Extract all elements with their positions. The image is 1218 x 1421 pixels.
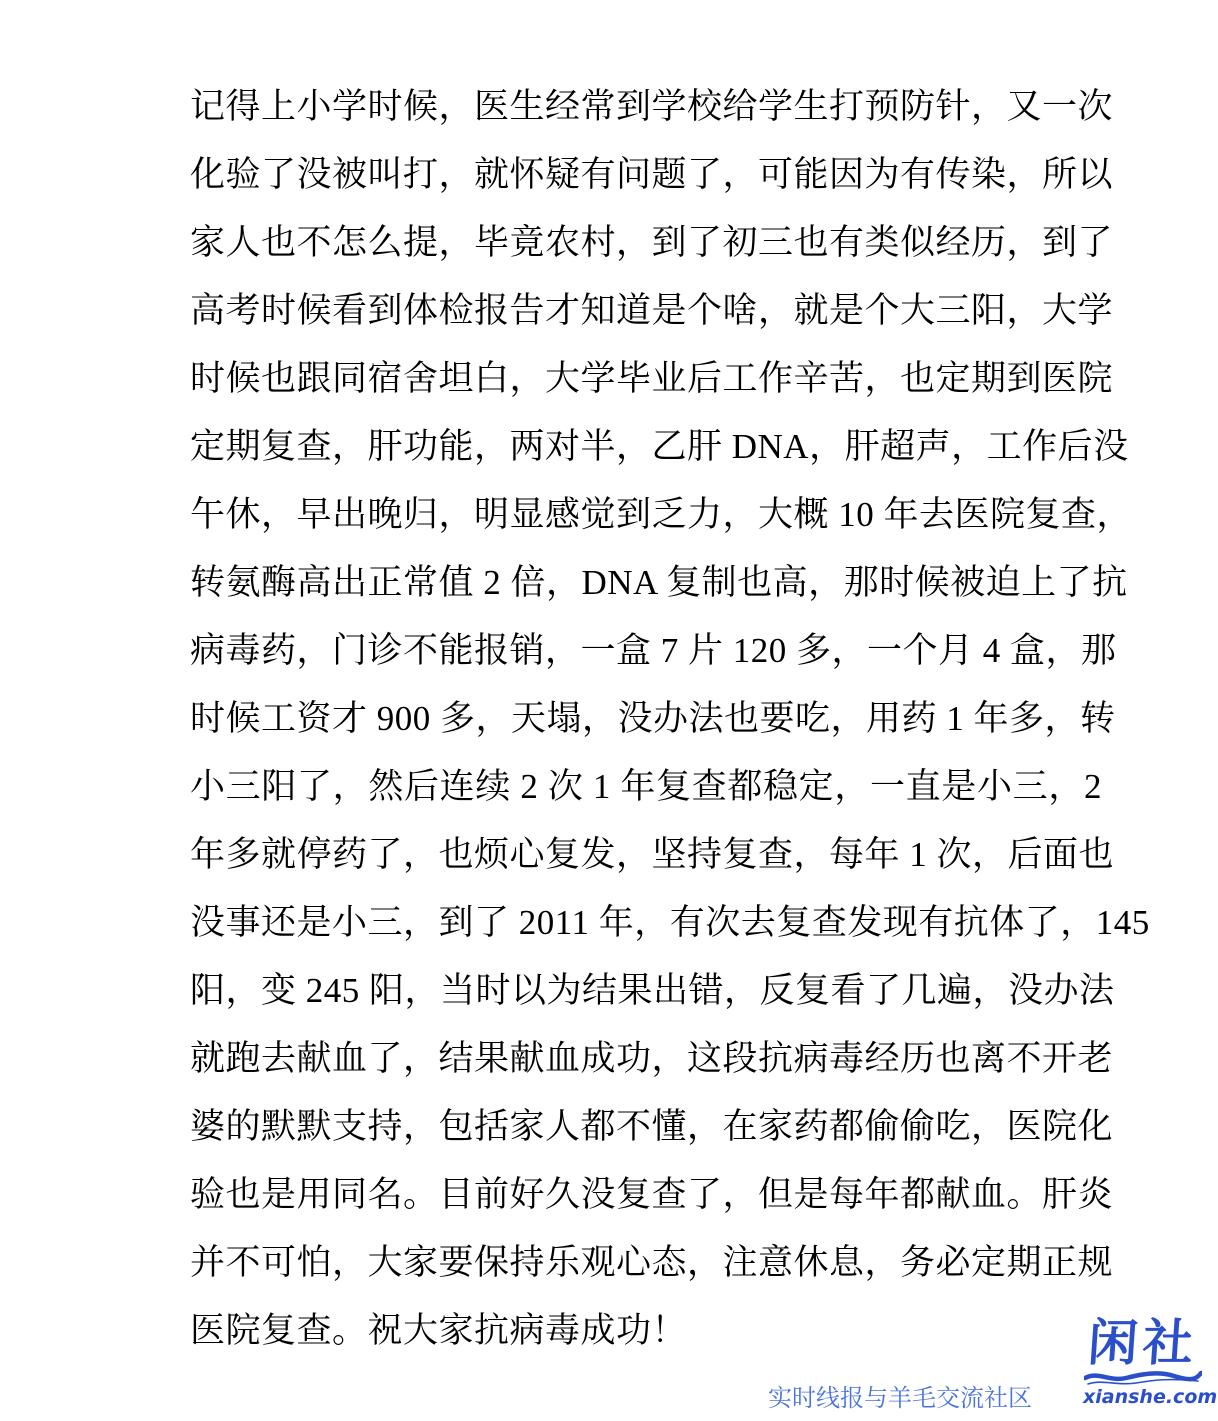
text-line: 阳，变 245 阳，当时以为结果出错，反复看了几遍，没办法 <box>190 957 1102 1025</box>
xianshe-logo: 闲社 xianshe.com <box>1083 1318 1203 1407</box>
text-line: 转氨酶高出正常值 2 倍，DNA 复制也高，那时候被迫上了抗 <box>190 549 1102 617</box>
document-page: 记得上小学时候，医生经常到学校给学生打预防针，又一次化验了没被叫打，就怀疑有问题… <box>0 0 1218 1421</box>
text-line: 高考时候看到体检报告才知道是个啥，就是个大三阳，大学 <box>190 277 1102 345</box>
text-line: 化验了没被叫打，就怀疑有问题了，可能因为有传染，所以 <box>190 141 1102 209</box>
text-line: 时候工资才 900 多，天塌，没办法也要吃，用药 1 年多，转 <box>190 685 1102 753</box>
text-line: 午休，早出晚归，明显感觉到乏力，大概 10 年去医院复查， <box>190 481 1102 549</box>
text-line: 时候也跟同宿舍坦白，大学毕业后工作辛苦，也定期到医院 <box>190 345 1102 413</box>
text-line: 没事还是小三，到了 2011 年，有次去复查发现有抗体了，145 <box>190 889 1102 957</box>
text-line: 医院复查。祝大家抗病毒成功！ <box>190 1297 1102 1365</box>
text-line: 定期复查，肝功能，两对半，乙肝 DNA，肝超声，工作后没 <box>190 413 1102 481</box>
text-line: 验也是用同名。目前好久没复查了，但是每年都献血。肝炎 <box>190 1161 1102 1229</box>
footer-tagline: 实时线报与羊毛交流社区 <box>768 1378 1032 1413</box>
logo-domain: xianshe.com <box>1083 1387 1203 1407</box>
logo-wordmark: 闲社 <box>1081 1318 1204 1368</box>
text-line: 并不可怕，大家要保持乐观心态，注意休息，务必定期正规 <box>190 1229 1102 1297</box>
text-line: 婆的默默支持，包括家人都不懂，在家药都偷偷吃，医院化 <box>190 1093 1102 1161</box>
text-line: 病毒药，门诊不能报销，一盒 7 片 120 多，一个月 4 盒，那 <box>190 617 1102 685</box>
text-line: 就跑去献血了，结果献血成功，这段抗病毒经历也离不开老 <box>190 1025 1102 1093</box>
text-line: 年多就停药了，也烦心复发，坚持复查，每年 1 次，后面也 <box>190 821 1102 889</box>
text-line: 小三阳了，然后连续 2 次 1 年复查都稳定，一直是小三，2 <box>190 753 1102 821</box>
text-line: 家人也不怎么提，毕竟农村，到了初三也有类似经历，到了 <box>190 209 1102 277</box>
article-text: 记得上小学时候，医生经常到学校给学生打预防针，又一次化验了没被叫打，就怀疑有问题… <box>190 73 1102 1365</box>
wave-icon <box>1084 1370 1202 1386</box>
text-line: 记得上小学时候，医生经常到学校给学生打预防针，又一次 <box>190 73 1102 141</box>
